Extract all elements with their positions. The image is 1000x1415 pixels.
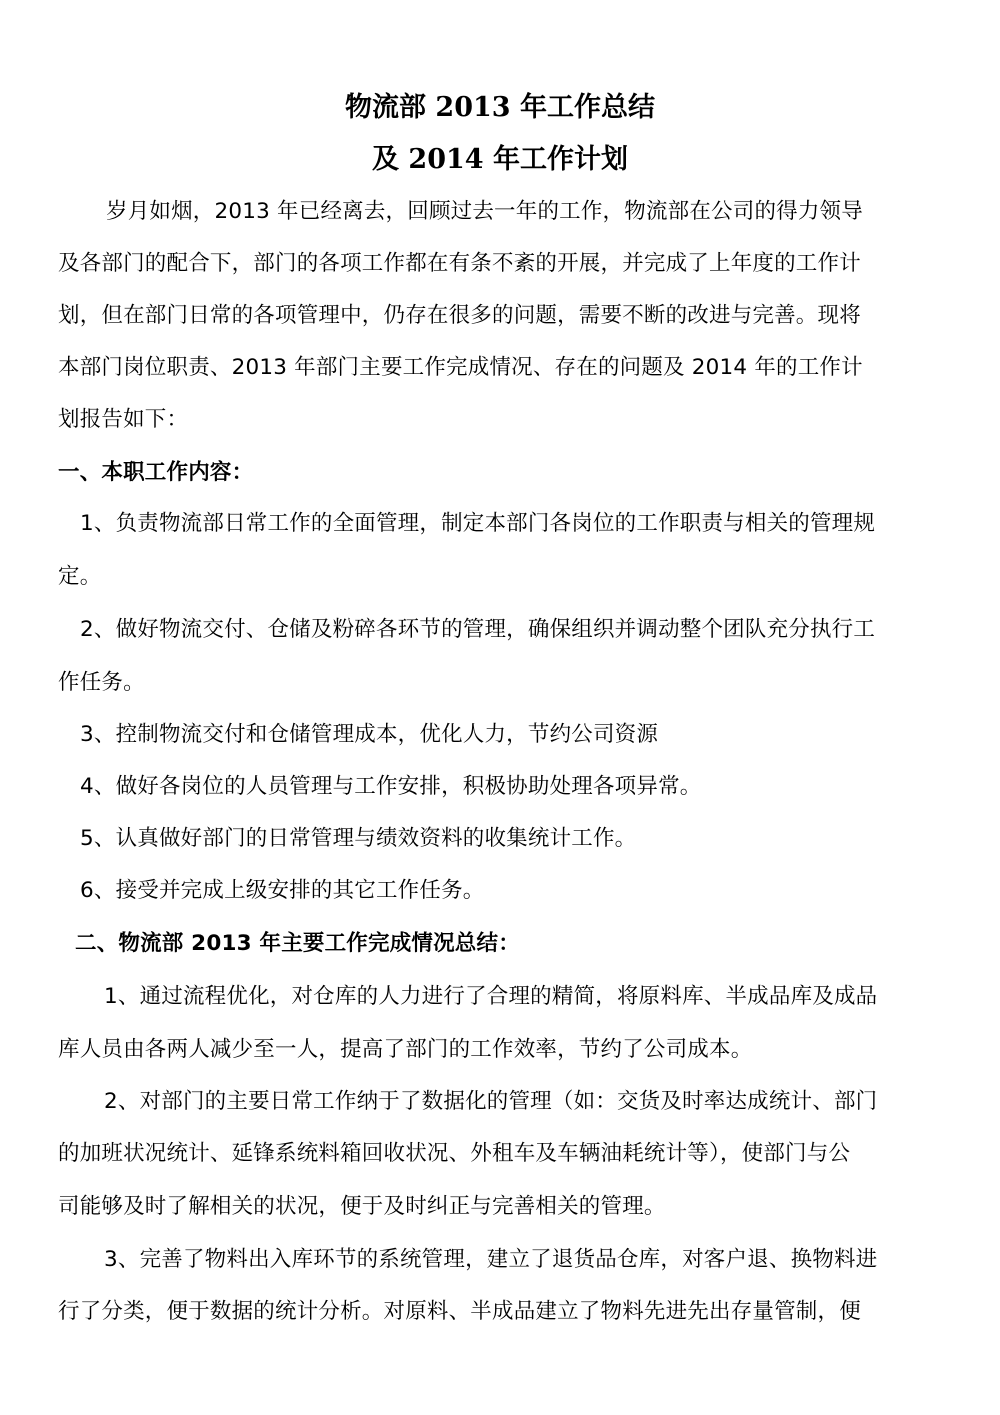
intro-line-1: 岁月如烟，2013 年已经离去，回顾过去一年的工作，物流部在公司的得力领导 — [106, 197, 863, 227]
section-2-item-3-line-1: 3、完善了物料出入库环节的系统管理，建立了退货品仓库，对客户退、换物料进 — [104, 1245, 877, 1275]
document-title-line-1: 物流部 2013 年工作总结 — [0, 90, 1000, 126]
document-title-line-2: 及 2014 年工作计划 — [0, 142, 1000, 178]
section-1-item-6: 6、接受并完成上级安排的其它工作任务。 — [80, 876, 484, 906]
section-1-heading: 一、本职工作内容： — [58, 458, 253, 488]
section-2-item-2-line-3: 司能够及时了解相关的状况，便于及时纠正与完善相关的管理。 — [58, 1192, 666, 1222]
section-2-item-3-line-2: 行了分类，便于数据的统计分析。对原料、半成品建立了物料先进先出存量管制，便 — [58, 1297, 861, 1327]
section-1-item-1-line-2: 定。 — [58, 562, 101, 592]
section-1-item-5: 5、认真做好部门的日常管理与绩效资料的收集统计工作。 — [80, 824, 636, 854]
section-2-item-1-line-1: 1、通过流程优化，对仓库的人力进行了合理的精简，将原料库、半成品库及成品 — [104, 982, 877, 1012]
section-2-item-2-line-2: 的加班状况统计、延锋系统料箱回收状况、外租车及车辆油耗统计等），使部门与公 — [58, 1139, 850, 1169]
section-1-item-4: 4、做好各岗位的人员管理与工作安排，积极协助处理各项异常。 — [80, 772, 701, 802]
section-1-item-3: 3、控制物流交付和仓储管理成本，优化人力，节约公司资源 — [80, 720, 658, 750]
section-2-item-2-line-1: 2、对部门的主要日常工作纳于了数据化的管理（如：交货及时率达成统计、部门 — [104, 1087, 877, 1117]
section-2-item-1-line-2: 库人员由各两人减少至一人，提高了部门的工作效率，节约了公司成本。 — [58, 1035, 752, 1065]
section-2-heading: 二、物流部 2013 年主要工作完成情况总结： — [75, 929, 520, 959]
section-1-item-1-line-1: 1、负责物流部日常工作的全面管理，制定本部门各岗位的工作职责与相关的管理规 — [80, 509, 875, 539]
intro-line-5: 划报告如下： — [58, 405, 188, 435]
section-1-item-2-line-1: 2、做好物流交付、仓储及粉碎各环节的管理，确保组织并调动整个团队充分执行工 — [80, 615, 875, 645]
intro-line-3: 划，但在部门日常的各项管理中，仍存在很多的问题，需要不断的改进与完善。现将 — [58, 301, 861, 331]
intro-line-2: 及各部门的配合下，部门的各项工作都在有条不紊的开展，并完成了上年度的工作计 — [58, 249, 861, 279]
section-1-item-2-line-2: 作任务。 — [58, 668, 145, 698]
document-page: 物流部 2013 年工作总结 及 2014 年工作计划 岁月如烟，2013 年已… — [0, 0, 1000, 1415]
intro-line-4: 本部门岗位职责、2013 年部门主要工作完成情况、存在的问题及 2014 年的工… — [58, 353, 863, 383]
